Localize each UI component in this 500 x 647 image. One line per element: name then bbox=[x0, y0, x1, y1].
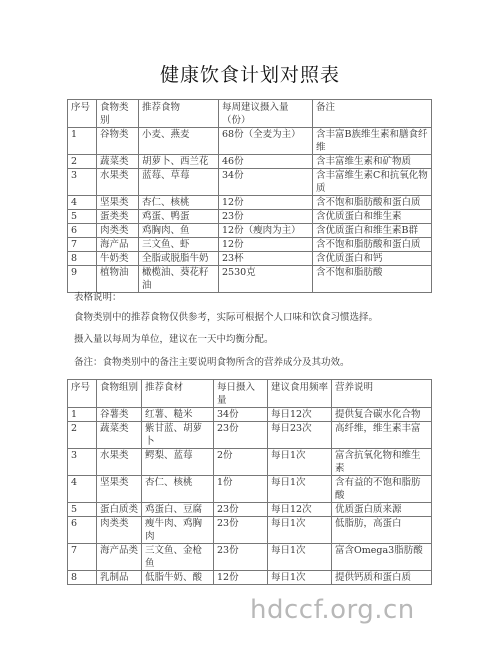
cell-index: 2 bbox=[68, 422, 97, 449]
cell-weekly-amount: 46份 bbox=[219, 155, 313, 169]
cell-index: 5 bbox=[68, 503, 97, 517]
cell-ingredients: 三文鱼、金枪鱼 bbox=[142, 544, 214, 571]
table-row: 8乳制品低脂牛奶、酸12份每日1次提供钙质和蛋白质 bbox=[68, 571, 432, 585]
header-daily-amount: 每日摄入量 bbox=[214, 380, 268, 408]
cell-category: 肉类类 bbox=[97, 224, 139, 238]
table-row: 6肉类类瘦牛肉、鸡胸肉23份每日1次低脂肪，高蛋白 bbox=[68, 517, 432, 544]
cell-weekly-amount: 12份 bbox=[219, 238, 313, 252]
cell-food-group: 海产品类 bbox=[97, 544, 142, 571]
daily-diet-table: 序号 食物组别 推荐食材 每日摄入量 建议食用频率 营养说明 1谷薯类红薯、糙米… bbox=[67, 379, 432, 585]
cell-index: 1 bbox=[68, 408, 97, 422]
table-row: 3水果类蓝莓、草莓34份含丰富维生素C和抗氧化物质 bbox=[68, 169, 432, 196]
cell-ingredients: 杏仁、核桃 bbox=[142, 476, 214, 503]
header-index: 序号 bbox=[68, 100, 97, 128]
table-row: 2蔬菜类胡萝卜、西兰花46份含丰富维生素和矿物质 bbox=[68, 155, 432, 169]
header-ingredients: 推荐食材 bbox=[142, 380, 214, 408]
cell-food-group: 坚果类 bbox=[97, 476, 142, 503]
header-notes: 备注 bbox=[313, 100, 432, 128]
cell-index: 8 bbox=[68, 571, 97, 585]
weekly-diet-table: 序号 食物类别 推荐食物 每周建议摄入量（份） 备注 1谷物类小麦、燕麦68份（… bbox=[67, 99, 432, 293]
header-weekly-amount: 每周建议摄入量（份） bbox=[219, 100, 313, 128]
cell-category: 海产品 bbox=[97, 238, 139, 252]
cell-food: 三文鱼、虾 bbox=[139, 238, 219, 252]
cell-daily-amount: 23份 bbox=[214, 503, 268, 517]
cell-category: 坚果类 bbox=[97, 196, 139, 210]
cell-frequency: 每日23次 bbox=[268, 422, 332, 449]
cell-food: 杏仁、核桃 bbox=[139, 196, 219, 210]
cell-food: 鸡蛋、鸭蛋 bbox=[139, 210, 219, 224]
cell-daily-amount: 1份 bbox=[214, 476, 268, 503]
table-row: 7海产品类三文鱼、金枪鱼23份每日1次富含Omega3脂肪酸 bbox=[68, 544, 432, 571]
header-nutrition: 营养说明 bbox=[332, 380, 432, 408]
cell-weekly-amount: 12份 bbox=[219, 196, 313, 210]
notes-line-1: 食物类别中的推荐食物仅供参考，实际可根据个人口味和饮食习惯选择。 bbox=[74, 309, 378, 323]
cell-nutrition: 优质蛋白质来源 bbox=[332, 503, 432, 517]
table-row: 8牛奶类全脂或脱脂牛奶23杯含优质蛋白和钙 bbox=[68, 252, 432, 266]
cell-food: 胡萝卜、西兰花 bbox=[139, 155, 219, 169]
cell-daily-amount: 23份 bbox=[214, 544, 268, 571]
cell-notes: 含不饱和脂肪酸 bbox=[313, 266, 432, 293]
cell-notes: 含优质蛋白和维生素 bbox=[313, 210, 432, 224]
cell-index: 2 bbox=[68, 155, 97, 169]
table-row: 3水果类鳄梨、蓝莓2份每日1次富含抗氧化物和维生素 bbox=[68, 449, 432, 476]
cell-food: 蓝莓、草莓 bbox=[139, 169, 219, 196]
cell-category: 谷物类 bbox=[97, 128, 139, 155]
cell-nutrition: 提供复合碳水化合物 bbox=[332, 408, 432, 422]
table-header-row: 序号 食物类别 推荐食物 每周建议摄入量（份） 备注 bbox=[68, 100, 432, 128]
cell-daily-amount: 23份 bbox=[214, 422, 268, 449]
cell-notes: 含丰富维生素和矿物质 bbox=[313, 155, 432, 169]
cell-frequency: 每日1次 bbox=[268, 517, 332, 544]
cell-notes: 含丰富B族维生素和膳食纤维 bbox=[313, 128, 432, 155]
cell-frequency: 每日1次 bbox=[268, 449, 332, 476]
cell-nutrition: 低脂肪，高蛋白 bbox=[332, 517, 432, 544]
header-category: 食物类别 bbox=[97, 100, 139, 128]
watermark: hdccf.org.cn bbox=[250, 595, 415, 625]
cell-frequency: 每日1次 bbox=[268, 571, 332, 585]
cell-food: 鸡胸肉、鱼 bbox=[139, 224, 219, 238]
cell-ingredients: 鳄梨、蓝莓 bbox=[142, 449, 214, 476]
cell-nutrition: 富含抗氧化物和维生素 bbox=[332, 449, 432, 476]
cell-index: 6 bbox=[68, 224, 97, 238]
table-row: 1谷薯类红薯、糙米34份每日12次提供复合碳水化合物 bbox=[68, 408, 432, 422]
table-row: 5蛋白质类鸡蛋白、豆腐23份每日12次优质蛋白质来源 bbox=[68, 503, 432, 517]
cell-frequency: 每日1次 bbox=[268, 544, 332, 571]
header-index: 序号 bbox=[68, 380, 97, 408]
table-row: 6肉类类鸡胸肉、鱼12份（瘦肉为主）含优质蛋白和维生素B群 bbox=[68, 224, 432, 238]
cell-notes: 含不饱和脂肪酸和蛋白质 bbox=[313, 238, 432, 252]
cell-food: 小麦、燕麦 bbox=[139, 128, 219, 155]
cell-food-group: 水果类 bbox=[97, 449, 142, 476]
cell-food: 橄榄油、葵花籽油 bbox=[139, 266, 219, 293]
cell-frequency: 每日1次 bbox=[268, 476, 332, 503]
cell-ingredients: 瘦牛肉、鸡胸肉 bbox=[142, 517, 214, 544]
cell-weekly-amount: 12份（瘦肉为主） bbox=[219, 224, 313, 238]
cell-ingredients: 红薯、糙米 bbox=[142, 408, 214, 422]
header-food: 推荐食物 bbox=[139, 100, 219, 128]
cell-food: 全脂或脱脂牛奶 bbox=[139, 252, 219, 266]
document-title: 健康饮食计划对照表 bbox=[0, 60, 500, 87]
cell-daily-amount: 23份 bbox=[214, 517, 268, 544]
cell-nutrition: 富含Omega3脂肪酸 bbox=[332, 544, 432, 571]
cell-food-group: 蔬菜类 bbox=[97, 422, 142, 449]
cell-index: 6 bbox=[68, 517, 97, 544]
cell-weekly-amount: 23杯 bbox=[219, 252, 313, 266]
table-header-row: 序号 食物组别 推荐食材 每日摄入量 建议食用频率 营养说明 bbox=[68, 380, 432, 408]
cell-category: 牛奶类 bbox=[97, 252, 139, 266]
table-row: 4坚果类杏仁、核桃12份含不饱和脂肪酸和蛋白质 bbox=[68, 196, 432, 210]
table-row: 4坚果类杏仁、核桃1份每日1次含有益的不饱和脂肪酸 bbox=[68, 476, 432, 503]
cell-index: 3 bbox=[68, 449, 97, 476]
cell-index: 8 bbox=[68, 252, 97, 266]
cell-weekly-amount: 34份 bbox=[219, 169, 313, 196]
cell-notes: 含不饱和脂肪酸和蛋白质 bbox=[313, 196, 432, 210]
cell-category: 蛋类类 bbox=[97, 210, 139, 224]
cell-frequency: 每日12次 bbox=[268, 408, 332, 422]
cell-nutrition: 含有益的不饱和脂肪酸 bbox=[332, 476, 432, 503]
cell-ingredients: 低脂牛奶、酸 bbox=[142, 571, 214, 585]
cell-food-group: 蛋白质类 bbox=[97, 503, 142, 517]
header-food-group: 食物组别 bbox=[97, 380, 142, 408]
cell-frequency: 每日12次 bbox=[268, 503, 332, 517]
cell-index: 4 bbox=[68, 476, 97, 503]
cell-weekly-amount: 68份（全麦为主） bbox=[219, 128, 313, 155]
header-frequency: 建议食用频率 bbox=[268, 380, 332, 408]
cell-index: 7 bbox=[68, 238, 97, 252]
cell-category: 水果类 bbox=[97, 169, 139, 196]
table-row: 7海产品三文鱼、虾12份含不饱和脂肪酸和蛋白质 bbox=[68, 238, 432, 252]
cell-index: 7 bbox=[68, 544, 97, 571]
cell-category: 蔬菜类 bbox=[97, 155, 139, 169]
cell-notes: 含丰富维生素C和抗氧化物质 bbox=[313, 169, 432, 196]
cell-weekly-amount: 23份 bbox=[219, 210, 313, 224]
cell-ingredients: 鸡蛋白、豆腐 bbox=[142, 503, 214, 517]
cell-notes: 含优质蛋白和维生素B群 bbox=[313, 224, 432, 238]
cell-food-group: 乳制品 bbox=[97, 571, 142, 585]
notes-line-2: 摄入量以每周为单位，建议在一天中均衡分配。 bbox=[74, 331, 274, 345]
cell-index: 4 bbox=[68, 196, 97, 210]
cell-ingredients: 紫甘蓝、胡萝卜 bbox=[142, 422, 214, 449]
cell-food-group: 肉类类 bbox=[97, 517, 142, 544]
table-row: 5蛋类类鸡蛋、鸭蛋23份含优质蛋白和维生素 bbox=[68, 210, 432, 224]
cell-index: 1 bbox=[68, 128, 97, 155]
notes-line-3: 备注：食物类别中的备注主要说明食物所含的营养成分及其功效。 bbox=[74, 354, 350, 368]
notes-heading: 表格说明： bbox=[74, 289, 122, 303]
cell-index: 5 bbox=[68, 210, 97, 224]
table-row: 9植物油橄榄油、葵花籽油2530克含不饱和脂肪酸 bbox=[68, 266, 432, 293]
cell-food-group: 谷薯类 bbox=[97, 408, 142, 422]
cell-weekly-amount: 2530克 bbox=[219, 266, 313, 293]
cell-notes: 含优质蛋白和钙 bbox=[313, 252, 432, 266]
cell-daily-amount: 2份 bbox=[214, 449, 268, 476]
cell-index: 3 bbox=[68, 169, 97, 196]
table-row: 2蔬菜类紫甘蓝、胡萝卜23份每日23次高纤维，维生素丰富 bbox=[68, 422, 432, 449]
cell-daily-amount: 34份 bbox=[214, 408, 268, 422]
cell-nutrition: 高纤维，维生素丰富 bbox=[332, 422, 432, 449]
cell-nutrition: 提供钙质和蛋白质 bbox=[332, 571, 432, 585]
cell-daily-amount: 12份 bbox=[214, 571, 268, 585]
table-row: 1谷物类小麦、燕麦68份（全麦为主）含丰富B族维生素和膳食纤维 bbox=[68, 128, 432, 155]
